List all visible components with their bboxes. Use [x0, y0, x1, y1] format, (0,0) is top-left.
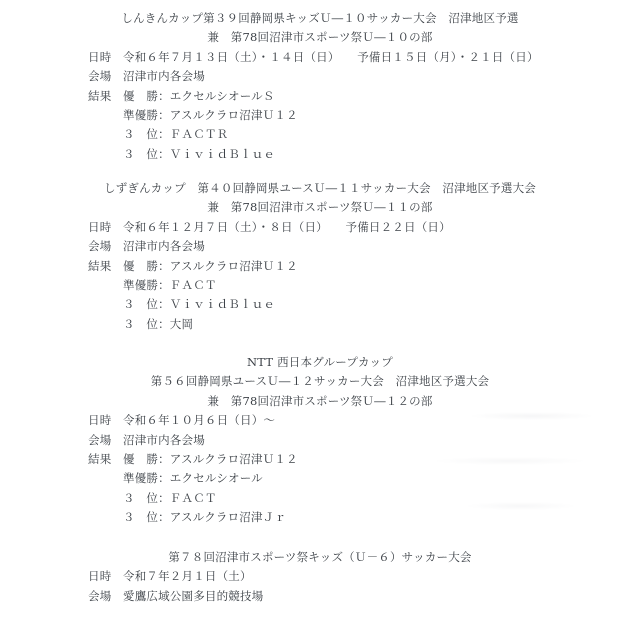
row-value: ３ 位：ＦＡＣＴＲ [123, 125, 640, 144]
row-value: 沼津市内各会場 [123, 431, 640, 450]
row-label: 日時 [88, 218, 123, 237]
tournament-section-u6: 第７８回沼津市スポーツ祭キッズ（Ｕ－６）サッカー大会 日時 令和７年２月１日（土… [0, 548, 640, 606]
row-value: ３ 位：ＶｉｖｉｄＢｌｕｅ [123, 145, 640, 164]
result-row-champion: 結果 優 勝：エクセルシオールＳ [0, 87, 640, 106]
tournament-title: 第７８回沼津市スポーツ祭キッズ（Ｕ－６）サッカー大会 [0, 548, 640, 567]
row-value: 令和６年１２月７日（土）・８日（日） 予備日２２日（日） [123, 218, 640, 237]
result-row-third: ３ 位：ＶｉｖｉｄＢｌｕｅ [0, 145, 640, 164]
row-value: 沼津市内各会場 [123, 237, 640, 256]
result-row-third: ３ 位：ＦＡＣＴ [0, 489, 640, 508]
row-label [88, 315, 123, 334]
result-row-third: ３ 位：アスルクラロ沼津Ｊｒ [0, 508, 640, 527]
result-row-champion: 結果 優 勝：アスルクラロ沼津Ｕ１２ [0, 257, 640, 276]
row-value: 優 勝：アスルクラロ沼津Ｕ１２ [123, 257, 640, 276]
row-value: ３ 位：ＶｉｖｉｄＢｌｕｅ [123, 295, 640, 314]
row-label: 日時 [88, 411, 123, 430]
result-row-runnerup: 準優勝：アスルクラロ沼津Ｕ１２ [0, 106, 640, 125]
row-value: ３ 位：アスルクラロ沼津Ｊｒ [123, 508, 640, 527]
result-row-runnerup: 準優勝：エクセルシオール [0, 469, 640, 488]
date-row: 日時 令和７年２月１日（土） [0, 567, 640, 586]
date-row: 日時 令和６年１２月７日（土）・８日（日） 予備日２２日（日） [0, 218, 640, 237]
tournament-title: しんきんカップ第３９回静岡県キッズＵ―１０サッカー大会 沼津地区予選 [0, 9, 640, 28]
tournament-title: しずぎんカップ 第４０回静岡県ユースＵ―１１サッカー大会 沼津地区予選大会 [0, 179, 640, 198]
row-value: 準優勝：エクセルシオール [123, 469, 640, 488]
row-value: ３ 位：ＦＡＣＴ [123, 489, 640, 508]
row-label: 日時 [88, 567, 123, 586]
row-label [88, 489, 123, 508]
row-label [88, 508, 123, 527]
venue-row: 会場 沼津市内各会場 [0, 67, 640, 86]
row-label: 会場 [88, 587, 123, 606]
row-value: 愛鷹広域公園多目的競技場 [123, 587, 640, 606]
result-row-runnerup: 準優勝：ＦＡＣＴ [0, 276, 640, 295]
venue-row: 会場 愛鷹広域公園多目的競技場 [0, 587, 640, 606]
row-value: 優 勝：アスルクラロ沼津Ｕ１２ [123, 450, 640, 469]
tournament-subtitle: 兼 第78回沼津市スポーツ祭Ｕ―１１の部 [0, 198, 640, 217]
row-value: 令和６年７月１３日（土）・１４日（日） 予備日１５日（月）・２１日（日） [123, 48, 640, 67]
venue-row: 会場 沼津市内各会場 [0, 431, 640, 450]
row-label [88, 106, 123, 125]
tournament-section-u11: しずぎんカップ 第４０回静岡県ユースＵ―１１サッカー大会 沼津地区予選大会 兼 … [0, 179, 640, 334]
venue-row: 会場 沼津市内各会場 [0, 237, 640, 256]
row-value: 準優勝：ＦＡＣＴ [123, 276, 640, 295]
row-value: ３ 位：大岡 [123, 315, 640, 334]
row-label [88, 276, 123, 295]
row-label [88, 125, 123, 144]
row-label: 会場 [88, 67, 123, 86]
result-row-third: ３ 位：ＶｉｖｉｄＢｌｕｅ [0, 295, 640, 314]
row-label [88, 295, 123, 314]
row-value: 令和７年２月１日（土） [123, 567, 640, 586]
row-label: 日時 [88, 48, 123, 67]
tournament-section-u12: NTT 西日本グループカップ 第５６回静岡県ユースＵ―１２サッカー大会 沼津地区… [0, 353, 640, 528]
tournament-subtitle: 兼 第78回沼津市スポーツ祭Ｕ―１２の部 [0, 392, 640, 411]
scanned-document-page: しんきんカップ第３９回静岡県キッズＵ―１０サッカー大会 沼津地区予選 兼 第78… [0, 0, 640, 617]
tournament-cup-name: NTT 西日本グループカップ [0, 353, 640, 372]
row-label: 結果 [88, 450, 123, 469]
row-value: 準優勝：アスルクラロ沼津Ｕ１２ [123, 106, 640, 125]
row-value: 沼津市内各会場 [123, 67, 640, 86]
row-label: 会場 [88, 237, 123, 256]
date-row: 日時 令和６年１０月６日（日）～ [0, 411, 640, 430]
result-row-third: ３ 位：ＦＡＣＴＲ [0, 125, 640, 144]
row-label: 結果 [88, 87, 123, 106]
row-value: 令和６年１０月６日（日）～ [123, 411, 640, 430]
result-row-champion: 結果 優 勝：アスルクラロ沼津Ｕ１２ [0, 450, 640, 469]
result-row-third: ３ 位：大岡 [0, 315, 640, 334]
tournament-title: 第５６回静岡県ユースＵ―１２サッカー大会 沼津地区予選大会 [0, 372, 640, 391]
tournament-section-u10: しんきんカップ第３９回静岡県キッズＵ―１０サッカー大会 沼津地区予選 兼 第78… [0, 9, 640, 164]
row-label: 会場 [88, 431, 123, 450]
row-label: 結果 [88, 257, 123, 276]
tournament-subtitle: 兼 第78回沼津市スポーツ祭Ｕ―１０の部 [0, 28, 640, 47]
row-value: 優 勝：エクセルシオールＳ [123, 87, 640, 106]
row-label [88, 469, 123, 488]
row-label [88, 145, 123, 164]
date-row: 日時 令和６年７月１３日（土）・１４日（日） 予備日１５日（月）・２１日（日） [0, 48, 640, 67]
